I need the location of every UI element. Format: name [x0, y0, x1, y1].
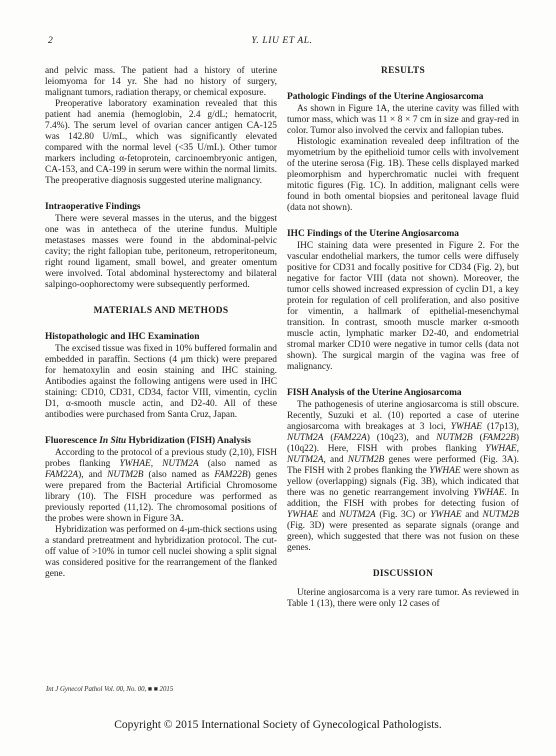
- paragraph-fish-protocol: According to the protocol of a previous …: [45, 448, 277, 525]
- ihc-findings-heading: IHC Findings of the Uterine Angiosarcoma: [287, 229, 519, 240]
- journal-page: 2 Y. LIU ET AL. and pelvic mass. The pat…: [0, 0, 556, 756]
- paragraph-fish-results: The pathogenesis of uterine angiosarcoma…: [287, 400, 519, 554]
- running-header: 2 Y. LIU ET AL.: [45, 36, 519, 48]
- paragraph-ihc-findings: IHC staining data were presented in Figu…: [287, 241, 519, 373]
- paragraph-intraoperative: There were several masses in the uterus,…: [45, 214, 277, 291]
- fish-analysis-heading: Fluorescence In Situ Hybridization (FISH…: [45, 436, 277, 447]
- left-column: and pelvic mass. The patient had a histo…: [45, 66, 277, 678]
- two-column-body: and pelvic mass. The patient had a histo…: [45, 66, 519, 678]
- copyright-line: Copyright © 2015 International Society o…: [0, 719, 556, 731]
- histopathologic-ihc-heading: Histopathologic and IHC Examination: [45, 332, 277, 343]
- paragraph-discussion: Uterine angiosarcoma is a very rare tumo…: [287, 588, 519, 610]
- results-heading: RESULTS: [287, 66, 519, 77]
- journal-footnote: Int J Gynecol Pathol Vol. 00, No. 00, ■ …: [46, 686, 173, 693]
- materials-methods-heading: MATERIALS AND METHODS: [45, 306, 277, 317]
- paragraph-gross-findings: As shown in Figure 1A, the uterine cavit…: [287, 104, 519, 137]
- paragraph-histologic: Histologic examination revealed deep inf…: [287, 137, 519, 214]
- pathologic-findings-heading: Pathologic Findings of the Uterine Angio…: [287, 92, 519, 103]
- paragraph-preoperative-lab: Preoperative laboratory examination reve…: [45, 99, 277, 187]
- discussion-heading: DISCUSSION: [287, 569, 519, 580]
- paragraph-hybridization: Hybridization was performed on 4-μm-thic…: [45, 525, 277, 580]
- intraoperative-findings-heading: Intraoperative Findings: [45, 202, 277, 213]
- running-head-title: Y. LIU ET AL.: [45, 36, 519, 46]
- right-column: RESULTSPathologic Findings of the Uterin…: [287, 66, 519, 678]
- paragraph-patient-history: and pelvic mass. The patient had a histo…: [45, 66, 277, 99]
- fish-results-heading: FISH Analysis of the Uterine Angiosarcom…: [287, 388, 519, 399]
- paragraph-histopathologic: The excised tissue was fixed in 10% buff…: [45, 344, 277, 421]
